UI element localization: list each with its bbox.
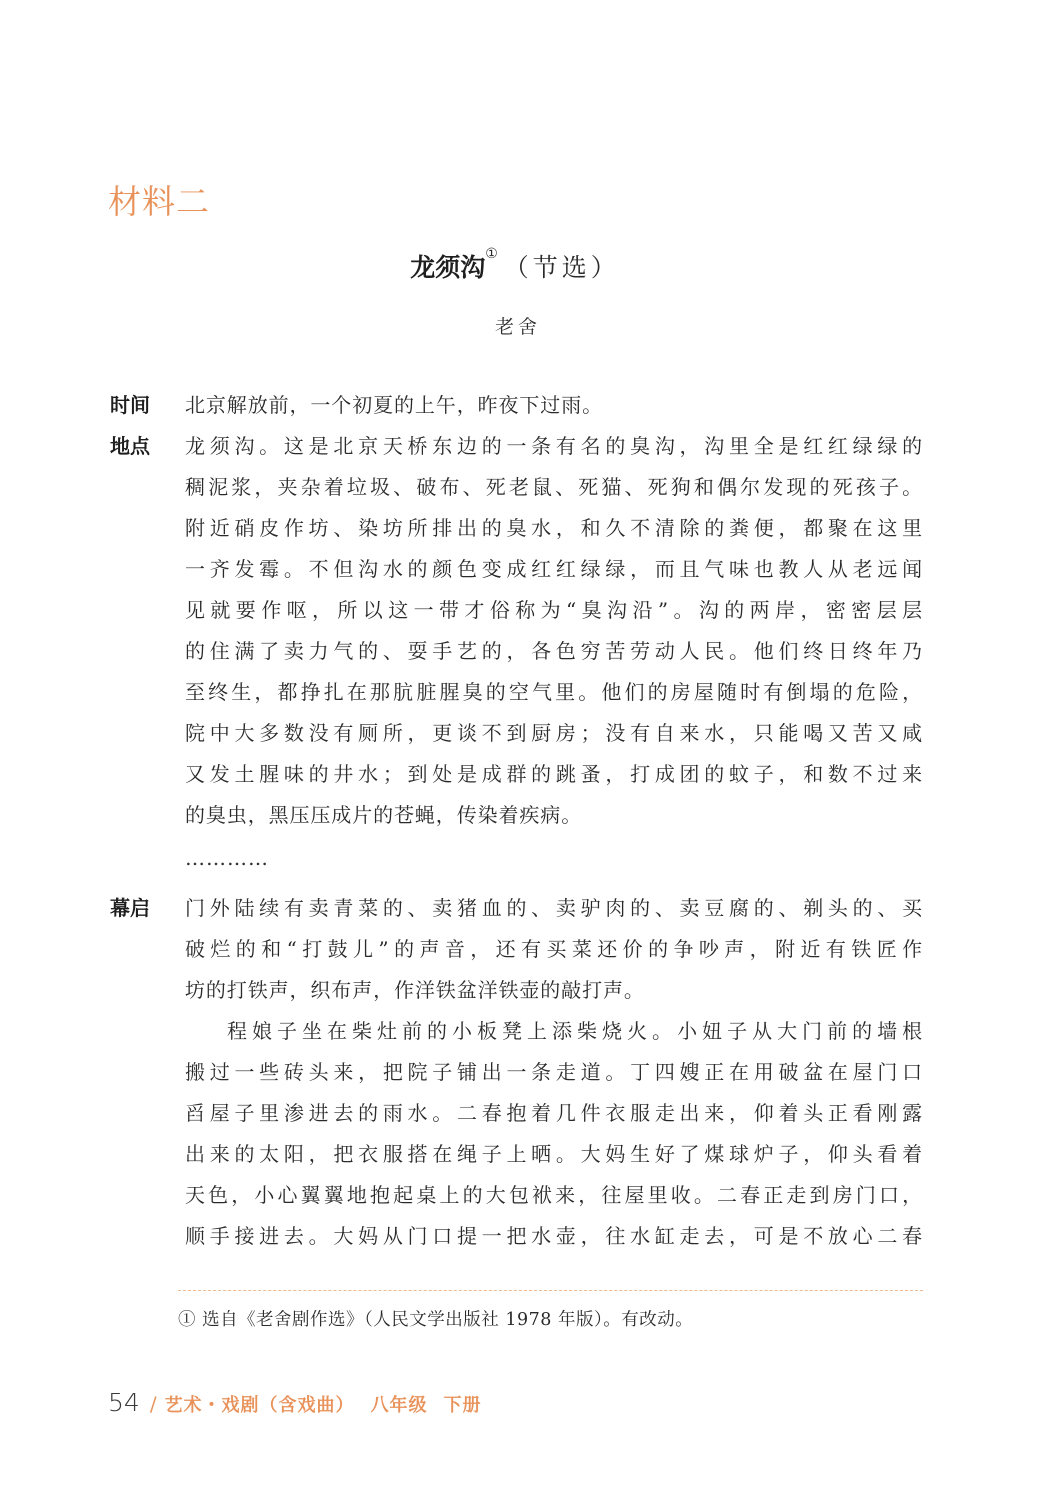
footnote: ① 选自《老舍剧作选》（人民文学出版社 1978 年版）。有改动。	[178, 1306, 693, 1331]
footer-separator: /	[150, 1392, 157, 1416]
book-info: 艺术・戏剧（含戏曲）八年级下册	[165, 1391, 498, 1417]
ellipsis: …………	[185, 846, 269, 870]
text-line: 舀屋子里渗进去的雨水。二春抱着几件衣服走出来，仰着头正看刚露	[185, 1093, 923, 1134]
text-line: 搬过一些砖头来，把院子铺出一条走道。丁四嫂正在用破盆在屋门口	[185, 1052, 923, 1093]
text-line: 的住满了卖力气的、耍手艺的，各色穷苦劳动人民。他们终日终年乃	[185, 631, 923, 672]
place-text: 龙须沟。这是北京天桥东边的一条有名的臭沟，沟里全是红红绿绿的 稠泥浆，夹杂着垃圾…	[185, 426, 923, 836]
text-line: 附近硝皮作坊、染坊所排出的臭水，和久不清除的粪便，都聚在这里	[185, 508, 923, 549]
text-line: 破烂的和“打鼓儿”的声音，还有买菜还价的争吵声，附近有铁匠作	[185, 929, 923, 970]
author: 老舍	[0, 312, 1036, 339]
text-line: 又发土腥味的井水；到处是成群的跳蚤，打成团的蚊子，和数不过来	[185, 754, 923, 795]
title-main: 龙须沟	[410, 253, 485, 282]
time-text: 北京解放前，一个初夏的上午，昨夜下过雨。	[185, 385, 923, 426]
title-subtitle: （节选）	[504, 253, 620, 282]
footnote-divider	[178, 1290, 923, 1291]
text-line: 一齐发霉。不但沟水的颜色变成红红绿绿，而且气味也教人从老远闻	[185, 549, 923, 590]
text-line: 龙须沟。这是北京天桥东边的一条有名的臭沟，沟里全是红红绿绿的	[185, 426, 923, 467]
text-line: 见就要作呕，所以这一带才俗称为“臭沟沿”。沟的两岸，密密层层	[185, 590, 923, 631]
text-line: 院中大多数没有厕所，更谈不到厨房；没有自来水，只能喝又苦又咸	[185, 713, 923, 754]
text-line: 的臭虫，黑压压成片的苍蝇，传染着疾病。	[185, 795, 923, 836]
text-line: 坊的打铁声，织布声，作洋铁盆洋铁壶的敲打声。	[185, 970, 923, 1011]
curtain-label: 幕启	[110, 888, 150, 929]
time-label: 时间	[110, 385, 150, 426]
text-line: 北京解放前，一个初夏的上午，昨夜下过雨。	[185, 385, 923, 426]
text-line: 至终生，都挣扎在那肮脏腥臭的空气里。他们的房屋随时有倒塌的危险，	[185, 672, 923, 713]
book-title: 艺术・戏剧（含戏曲）	[165, 1395, 355, 1416]
footnote-mark[interactable]: ①	[485, 246, 498, 262]
book-grade: 八年级	[371, 1395, 428, 1416]
section-label: 材料二	[108, 176, 210, 223]
page-number: 54	[108, 1388, 140, 1417]
text-line: 出来的太阳，把衣服搭在绳子上晒。大妈生好了煤球炉子，仰头看着	[185, 1134, 923, 1175]
page-footer: 54 / 艺术・戏剧（含戏曲）八年级下册	[108, 1388, 498, 1417]
text-line: 门外陆续有卖青菜的、卖猪血的、卖驴肉的、卖豆腐的、剃头的、买	[185, 888, 923, 929]
text-line: 天色，小心翼翼地抱起桌上的大包袱来，往屋里收。二春正走到房门口，	[185, 1175, 923, 1216]
text-line: 稠泥浆，夹杂着垃圾、破布、死老鼠、死猫、死狗和偶尔发现的死孩子。	[185, 467, 923, 508]
play-title: 龙须沟①（节选）	[0, 248, 1030, 284]
curtain-text: 门外陆续有卖青菜的、卖猪血的、卖驴肉的、卖豆腐的、剃头的、买 破烂的和“打鼓儿”…	[185, 888, 923, 1257]
place-label: 地点	[110, 426, 150, 467]
text-line: 顺手接进去。大妈从门口提一把水壶，往水缸走去，可是不放心二春	[185, 1216, 923, 1257]
text-line: 程娘子坐在柴灶前的小板凳上添柴烧火。小妞子从大门前的墙根	[185, 1011, 923, 1052]
book-volume: 下册	[444, 1395, 482, 1416]
